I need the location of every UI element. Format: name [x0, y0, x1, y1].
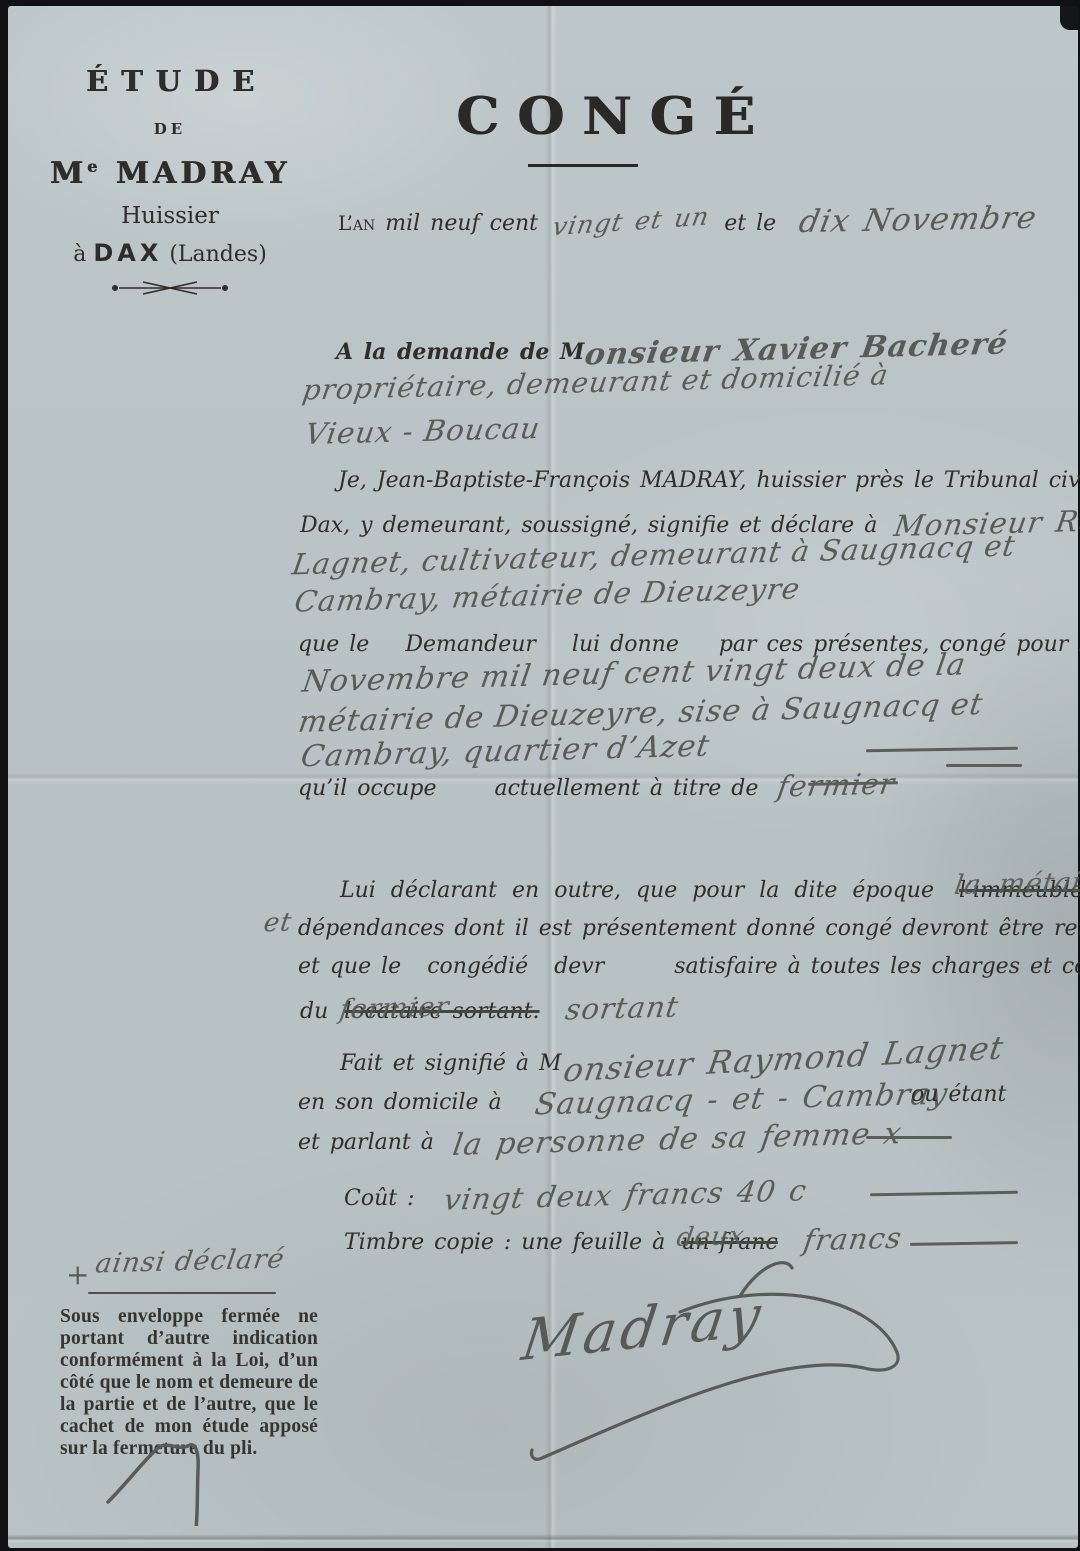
declaration-p3b: congédié — [427, 954, 528, 979]
hand-dash — [946, 764, 1022, 767]
stamp-printed: Timbre copie : une feuille à — [344, 1230, 665, 1255]
hw-francs: francs — [801, 1221, 904, 1258]
declaration-p1: Lui déclarant en outre, que pour la dite… — [340, 878, 934, 903]
hand-dash — [866, 1136, 952, 1139]
page-title: CONGÉ — [456, 85, 773, 146]
conge-p2a: qu’il occupe — [298, 776, 436, 801]
conge-line5: qu’il occupe actuellement à titre de fer… — [298, 768, 895, 802]
declaration-line1: Lui déclarant en outre, que pour la dite… — [340, 878, 1080, 903]
signature-block: Madray — [440, 1254, 930, 1489]
hw-over-metairie: la métairie — [952, 866, 1080, 901]
fait-line3: et parlant à la personne de sa femme x — [298, 1122, 901, 1157]
stamp-line: Timbre copie : une feuille à un franc de… — [344, 1222, 902, 1256]
letterhead: ÉTUDE DE Me MADRAY Huissier à DAX (Lande… — [40, 64, 300, 301]
letterhead-de: DE — [40, 120, 300, 138]
hw-date: dix Novembre — [796, 200, 1040, 240]
hw-served-domicile: Saugnacq - et - Cambray — [532, 1077, 950, 1123]
cost-line: Coût : vingt deux francs 40 c — [344, 1178, 806, 1212]
letterhead-name: Me MADRAY — [40, 156, 300, 191]
conge-p1b: Demandeur — [405, 632, 536, 657]
opening-line: L’an mil neuf cent vingt et un et le dix… — [338, 202, 1036, 238]
hw-margin-et: et — [262, 908, 294, 939]
paraph-squiggle-icon — [100, 1426, 230, 1526]
letterhead-city-a: à — [73, 242, 86, 267]
letterhead-city: à DAX (Landes) — [40, 239, 300, 267]
demande-line1: A la demande de Monsieur Xavier Bacheré — [336, 332, 1007, 367]
struck-immeuble-group: l’immeuble la métairie — [959, 878, 1080, 903]
hw-over-fermier: fermier — [338, 992, 452, 1026]
letterhead-name-madray: MADRAY — [116, 156, 291, 191]
declaration-p3a: et que le — [298, 954, 401, 979]
paper-sheet: ÉTUDE DE Me MADRAY Huissier à DAX (Lande… — [8, 6, 1078, 1548]
fait-line1: Fait et signifié à Monsieur Raymond Lagn… — [340, 1040, 1001, 1078]
declaration-line2: dépendances dont il est présentement don… — [298, 916, 1080, 941]
fait-printed1: Fait et signifié à M — [340, 1051, 562, 1076]
fait-line2: en son domicile à Saugnacq - et - Cambra… — [298, 1082, 947, 1117]
conge-p1c: lui donne — [572, 632, 679, 657]
letterhead-ornament-icon — [105, 279, 235, 297]
hand-dash — [910, 1241, 1018, 1246]
opening-lan: L’an — [338, 211, 375, 235]
declaration-line3: et que le congédié devr satisfaire à tou… — [298, 954, 1080, 979]
hw-over-deux: deux — [675, 1221, 747, 1253]
title-underline — [528, 164, 638, 167]
hw-cost-value: vingt deux francs 40 c — [441, 1173, 809, 1216]
opening-printed1: mil neuf cent — [385, 211, 538, 236]
hw-year: vingt et un — [550, 202, 712, 242]
demande-printed: A la demande de M — [336, 339, 584, 365]
margin-note-underline — [88, 1292, 276, 1294]
hand-dash — [870, 1191, 1018, 1197]
letterhead-city-dept: (Landes) — [169, 242, 266, 267]
declare-line1: Je, Jean-Baptiste-François MADRAY, huiss… — [338, 468, 1080, 493]
struck-locataire-group: locataire sortant. fermier — [344, 999, 539, 1024]
letterhead-role: Huissier — [40, 203, 300, 229]
hand-dash — [866, 747, 1018, 753]
declaration-p3c: devr — [554, 954, 604, 979]
hw-requester-town: Vieux - Boucau — [303, 411, 543, 451]
letterhead-name-m: M — [50, 156, 87, 191]
hw-plus-mark: + — [66, 1258, 90, 1291]
fait-printed3: ou étant — [911, 1082, 1006, 1107]
letterhead-city-name: DAX — [93, 239, 162, 267]
hw-sortant: sortant — [563, 990, 681, 1027]
document-scan: ÉTUDE DE Me MADRAY Huissier à DAX (Lande… — [0, 0, 1080, 1551]
letterhead-etude: ÉTUDE — [40, 64, 300, 98]
conge-p2b: actuellement à titre de — [494, 776, 758, 801]
conge-p1a: que le — [298, 632, 369, 657]
hw-spoken-to: la personne de sa femme x — [450, 1116, 904, 1163]
struck-franc-group: un franc deux — [681, 1230, 778, 1255]
signature-flourish-icon — [440, 1254, 930, 1489]
bottom-fold-crease — [8, 1534, 1078, 1543]
declaration-p4: du — [300, 999, 328, 1024]
scan-corner-shadow — [1060, 6, 1078, 30]
cost-label: Coût : — [344, 1186, 415, 1211]
declaration-p3d: satisfaire à toutes les charges et condi… — [674, 954, 1080, 979]
fait-printed2: en son domicile à — [298, 1090, 502, 1115]
letterhead-name-sup: e — [87, 157, 101, 176]
opening-printed2: et le — [724, 211, 776, 236]
fait-printed4: et parlant à — [298, 1130, 434, 1155]
declaration-line4: du locataire sortant. fermier sortant — [300, 991, 678, 1025]
hw-ainsi-declare: ainsi déclaré — [93, 1244, 287, 1280]
